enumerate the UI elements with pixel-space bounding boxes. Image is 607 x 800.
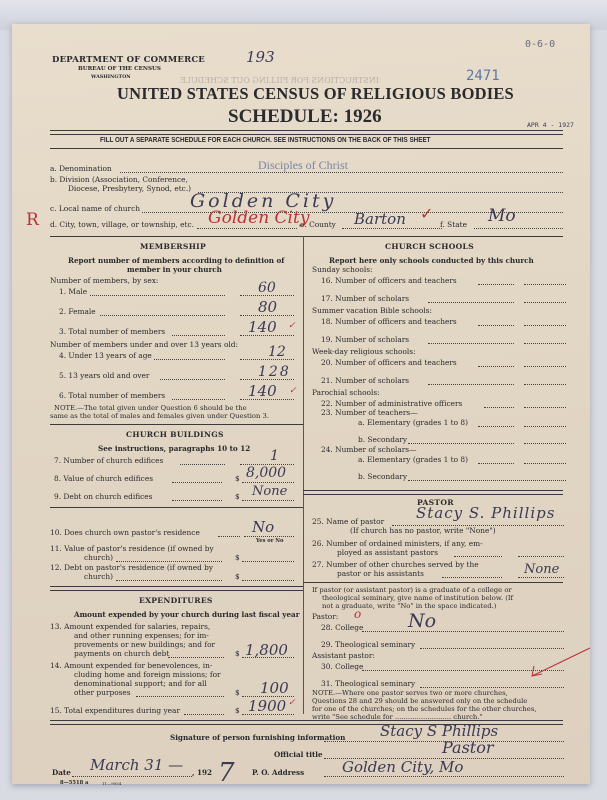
scholars-label: 24. Number of scholars— — [321, 445, 417, 454]
received-date-stamp: APR 4 - 1927 — [527, 121, 574, 129]
pastor-college-line — [362, 631, 564, 632]
edifices-dots — [180, 464, 225, 465]
graduate-instructions-2: theological seminary, give name of insti… — [322, 594, 513, 602]
total-members-by-age-field[interactable]: 140 — [248, 382, 277, 400]
residence-owned-dots — [218, 536, 240, 537]
scholars-secondary-label: b. Secondary — [358, 472, 407, 481]
red-circle-mark: o — [354, 607, 361, 621]
banner-rule — [50, 148, 563, 149]
schools-heading: CHURCH SCHOOLS — [385, 242, 474, 251]
stamp-code: 0-6-0 — [525, 39, 555, 50]
assistant-ministers-label-2: ployed as assistant pastors — [337, 548, 438, 557]
state-line — [474, 228, 563, 229]
weekday-teachers-field[interactable] — [524, 366, 566, 367]
residence-value-label-2: church) — [84, 553, 113, 562]
sunday-teachers-label: 16. Number of officers and teachers — [321, 276, 457, 285]
dollar-sign: $ — [235, 706, 240, 715]
dollar-sign: $ — [235, 474, 240, 483]
section-rule — [50, 236, 563, 237]
weekday-scholars-label: 21. Number of scholars — [321, 376, 409, 385]
red-tick: ✓ — [289, 386, 297, 396]
parochial-schools-label: Parochial schools: — [312, 388, 380, 397]
city-label: WASHINGTON — [91, 74, 131, 80]
edifices-value-field[interactable]: 8,000 — [246, 465, 286, 481]
summer-scholars-label: 19. Number of scholars — [321, 335, 409, 344]
teachers-elementary-label: a. Elementary (grades 1 to 8) — [358, 418, 468, 427]
assistant-ministers-label: 26. Number of ordained ministers, if any… — [312, 539, 483, 548]
salaries-label-2: and other running expenses; for im- — [74, 631, 209, 640]
print-number: 11—9054 — [102, 781, 121, 786]
benevolences-label-3: denominational support; and for all — [74, 679, 207, 688]
male-field[interactable]: 60 — [258, 280, 276, 296]
other-churches-label-2: pastor or his assistants — [337, 569, 424, 578]
dots — [478, 463, 514, 464]
pastor-name-hint: (If church has no pastor, write "None") — [350, 526, 496, 535]
po-address-line — [324, 776, 564, 777]
benevolences-field[interactable]: 100 — [260, 679, 289, 697]
expenditures-heading: EXPENDITURES — [139, 596, 213, 605]
buildings-heading: CHURCH BUILDINGS — [126, 430, 224, 439]
salaries-dots — [168, 657, 224, 658]
edifices-count-field[interactable]: 1 — [270, 448, 279, 464]
teachers-label: 23. Number of teachers— — [321, 408, 418, 417]
sunday-scholars-label: 17. Number of scholars — [321, 294, 409, 303]
dollar-sign: $ — [235, 688, 240, 697]
state-label: f. State — [440, 220, 467, 229]
assistant-pastor-subheading: Assistant pastor: — [312, 651, 375, 660]
under-13-label: 4. Under 13 years of age — [59, 351, 152, 360]
membership-note: NOTE.—The total given under Question 6 s… — [54, 404, 247, 412]
date-line — [72, 776, 192, 777]
red-checkmark: ✓ — [420, 204, 433, 223]
yes-no-hint: Yes or No — [256, 538, 283, 544]
po-address-label: P. O. Address — [252, 768, 304, 777]
pastor-college-field[interactable]: No — [408, 610, 436, 632]
under-13-dots — [154, 359, 225, 360]
form-title: UNITED STATES CENSUS OF RELIGIOUS BODIES — [117, 84, 514, 104]
total-by-age-dots — [172, 399, 225, 400]
graduate-instructions-3: not a graduate, write "No" in the space … — [322, 602, 496, 610]
sunday-scholars-field[interactable] — [524, 302, 566, 303]
dots — [428, 302, 514, 303]
edifices-value-label: 8. Value of church edifices — [54, 474, 153, 483]
schedule-title: SCHEDULE: 1926 — [228, 106, 382, 128]
under-13-field[interactable]: 12 — [268, 344, 286, 360]
residence-debt-label-2: church) — [84, 572, 113, 581]
residence-value-field[interactable] — [242, 561, 294, 562]
pastor-name-label: 25. Name of pastor — [312, 517, 384, 526]
residence-owned-line — [244, 536, 294, 537]
scholars-secondary-field[interactable] — [408, 480, 566, 481]
year-field[interactable]: 7 — [218, 758, 235, 788]
red-tick: ✓ — [288, 321, 296, 331]
summer-teachers-field[interactable] — [524, 325, 566, 326]
sunday-schools-label: Sunday schools: — [312, 265, 372, 274]
other-churches-line — [518, 577, 564, 578]
date-label: Date — [52, 768, 71, 777]
residence-owned-field[interactable]: No — [252, 518, 274, 536]
female-dots — [100, 315, 225, 316]
pastor-name-field[interactable]: Stacy S. Phillips — [416, 504, 555, 522]
department-label: DEPARTMENT OF COMMERCE — [52, 55, 205, 65]
membership-subheading-2: member in your church — [127, 265, 222, 274]
year-prefix: , 192 — [192, 768, 212, 777]
edifices-debt-line — [242, 500, 294, 501]
admin-officers-label: 22. Number of administrative officers — [321, 399, 462, 408]
total-expenditures-label: 15. Total expenditures during year — [50, 706, 180, 715]
salaries-label-4: payments on church debt — [74, 649, 169, 658]
edifices-value-line — [242, 482, 294, 483]
bureau-label: BUREAU OF THE CENSUS — [78, 66, 161, 72]
admin-officers-field[interactable] — [524, 407, 566, 408]
residence-debt-label: 12. Debt on pastor's residence (if owned… — [50, 563, 213, 572]
pastor-seminary-label: 29. Theological seminary — [321, 640, 415, 649]
total-expenditures-field[interactable]: 1900 — [248, 697, 286, 715]
weekday-teachers-label: 20. Number of officers and teachers — [321, 358, 457, 367]
pastor-note-4: write "See schedule for ................… — [312, 713, 483, 721]
section-rule — [303, 490, 563, 495]
benevolences-dots — [136, 696, 224, 697]
signature-label: Signature of person furnishing informati… — [170, 733, 345, 742]
denomination-field[interactable]: Disciples of Christ — [258, 158, 348, 173]
dots — [478, 366, 514, 367]
summer-teachers-label: 18. Number of officers and teachers — [321, 317, 457, 326]
assistant-college-label: 30. College — [321, 662, 363, 671]
dots — [478, 325, 514, 326]
teachers-elementary-field[interactable] — [524, 426, 566, 427]
dots — [478, 426, 514, 427]
pastor-subheading: Pastor: — [312, 612, 338, 621]
expenditures-subheading: Amount expended by your church during la… — [74, 610, 299, 619]
dollar-sign: $ — [235, 553, 240, 562]
over-13-label: 5. 13 years old and over — [59, 371, 149, 380]
official-title-label: Official title — [274, 750, 323, 759]
dots — [454, 556, 502, 557]
census-schedule-document: INSTRUCTIONS FOR FILLING OUT SCHEDULE DE… — [12, 24, 590, 784]
pastor-college-label: 28. College — [321, 623, 363, 632]
residence-debt-dots — [116, 580, 222, 581]
buildings-subheading: See instructions, paragraphs 10 to 12 — [98, 444, 250, 453]
division-label: b. Division (Association, Conference, — [50, 175, 188, 184]
edifices-value-dots — [172, 482, 222, 483]
stamp-number: 2471 — [466, 68, 500, 84]
by-sex-label: Number of members, by sex: — [50, 276, 158, 285]
subsection-rule — [50, 507, 303, 508]
handwritten-number: 193 — [246, 48, 275, 66]
total-members-label: 3. Total number of members — [59, 327, 165, 336]
date-field[interactable]: March 31 — — [90, 756, 183, 774]
red-arrow-mark — [512, 646, 592, 691]
other-churches-field[interactable]: None — [524, 562, 559, 577]
division-label-2: Diocese, Presbytery, Synod, etc.) — [68, 184, 191, 193]
section-rule — [50, 424, 303, 425]
official-title-field[interactable]: Pastor — [442, 738, 494, 757]
residence-owned-label: 10. Does church own pastor's residence — [50, 528, 200, 537]
edifices-debt-label: 9. Debt on church edifices — [54, 492, 152, 501]
margin-mark-r: R — [26, 210, 39, 230]
male-dots — [90, 295, 225, 296]
edifices-count-label: 7. Number of church edifices — [54, 456, 163, 465]
salaries-label-3: provements or new buildings; and for — [74, 640, 215, 649]
dots — [478, 284, 514, 285]
dollar-sign: $ — [235, 649, 240, 658]
benevolences-label-4: other purposes — [74, 688, 131, 697]
scholars-elementary-field[interactable] — [524, 463, 566, 464]
dots — [408, 443, 514, 444]
membership-heading: MEMBERSHIP — [140, 242, 206, 251]
edifices-debt-field[interactable]: None — [252, 484, 287, 499]
schools-subheading: Report here only schools conducted by th… — [329, 256, 534, 265]
over-13-dots — [160, 379, 225, 380]
membership-subheading: Report number of members according to de… — [68, 256, 284, 265]
residence-value-dots — [116, 561, 222, 562]
subsection-rule — [303, 582, 563, 583]
pastor-note: NOTE.—Where one pastor serves two or mor… — [312, 689, 508, 697]
membership-note-2: same as the total of males and females g… — [50, 412, 269, 420]
assistant-seminary-label: 31. Theological seminary — [321, 679, 415, 688]
male-label: 1. Male — [59, 287, 87, 296]
dots — [442, 577, 502, 578]
pastor-note-3: for one of the churches; on the schedule… — [312, 705, 536, 713]
sunday-teachers-field[interactable] — [524, 284, 566, 285]
residence-debt-field[interactable] — [242, 580, 294, 581]
by-age-label: Number of members under and over 13 year… — [50, 340, 238, 349]
scholars-elementary-label: a. Elementary (grades 1 to 8) — [358, 455, 468, 464]
teachers-secondary-label: b. Secondary — [358, 435, 407, 444]
assistant-ministers-field[interactable] — [518, 556, 564, 557]
dots — [484, 407, 514, 408]
total-expenditures-dots — [184, 714, 224, 715]
county-label: e. County — [300, 220, 336, 229]
denomination-label: a. Denomination — [50, 164, 112, 173]
instruction-banner: FILL OUT A SEPARATE SCHEDULE FOR EACH CH… — [100, 135, 431, 144]
red-tick: ✓ — [288, 698, 296, 708]
form-number: 8—5518 a — [60, 780, 88, 786]
local-name-label: c. Local name of church — [50, 204, 140, 213]
weekday-scholars-field[interactable] — [524, 384, 566, 385]
female-field[interactable]: 80 — [258, 298, 277, 316]
weekday-schools-label: Week-day religious schools: — [312, 347, 416, 356]
edifices-debt-dots — [172, 500, 222, 501]
section-rule — [50, 586, 303, 591]
pastor-note-2: Questions 28 and 29 should be answered o… — [312, 697, 527, 705]
summer-scholars-field[interactable] — [524, 343, 566, 344]
dots — [428, 343, 514, 344]
salaries-label: 13. Amount expended for salaries, repair… — [50, 622, 210, 631]
graduate-instructions: If pastor (or assistant pastor) is a gra… — [312, 586, 512, 594]
over-13-field[interactable]: 128 — [258, 364, 291, 380]
residence-value-label: 11. Value of pastor's residence (if owne… — [50, 544, 214, 553]
county-field[interactable]: Barton — [354, 210, 406, 228]
female-label: 2. Female — [59, 307, 96, 316]
state-field[interactable]: Mo — [488, 206, 516, 226]
benevolences-label-2: cluding home and foreign missions; for — [74, 670, 221, 679]
total-dots — [172, 335, 225, 336]
city-line — [197, 228, 297, 229]
summer-schools-label: Summer vacation Bible schools: — [312, 306, 432, 315]
column-divider — [303, 236, 304, 714]
salaries-field[interactable]: 1,800 — [245, 641, 288, 659]
dollar-sign: $ — [235, 492, 240, 501]
other-churches-label: 27. Number of other churches served by t… — [312, 560, 479, 569]
total-members-field[interactable]: 140 — [248, 318, 277, 336]
benevolences-label: 14. Amount expended for benevolences, in… — [50, 661, 212, 670]
teachers-secondary-field[interactable] — [524, 443, 566, 444]
dollar-sign: $ — [235, 572, 240, 581]
city-field[interactable]: Golden City — [208, 208, 309, 228]
county-line — [342, 228, 442, 229]
city-label: d. City, town, village, or township, etc… — [50, 220, 194, 229]
total-members-by-age-label: 6. Total number of members — [59, 391, 165, 400]
po-address-field[interactable]: Golden City, Mo — [342, 758, 463, 776]
dots — [428, 384, 514, 385]
